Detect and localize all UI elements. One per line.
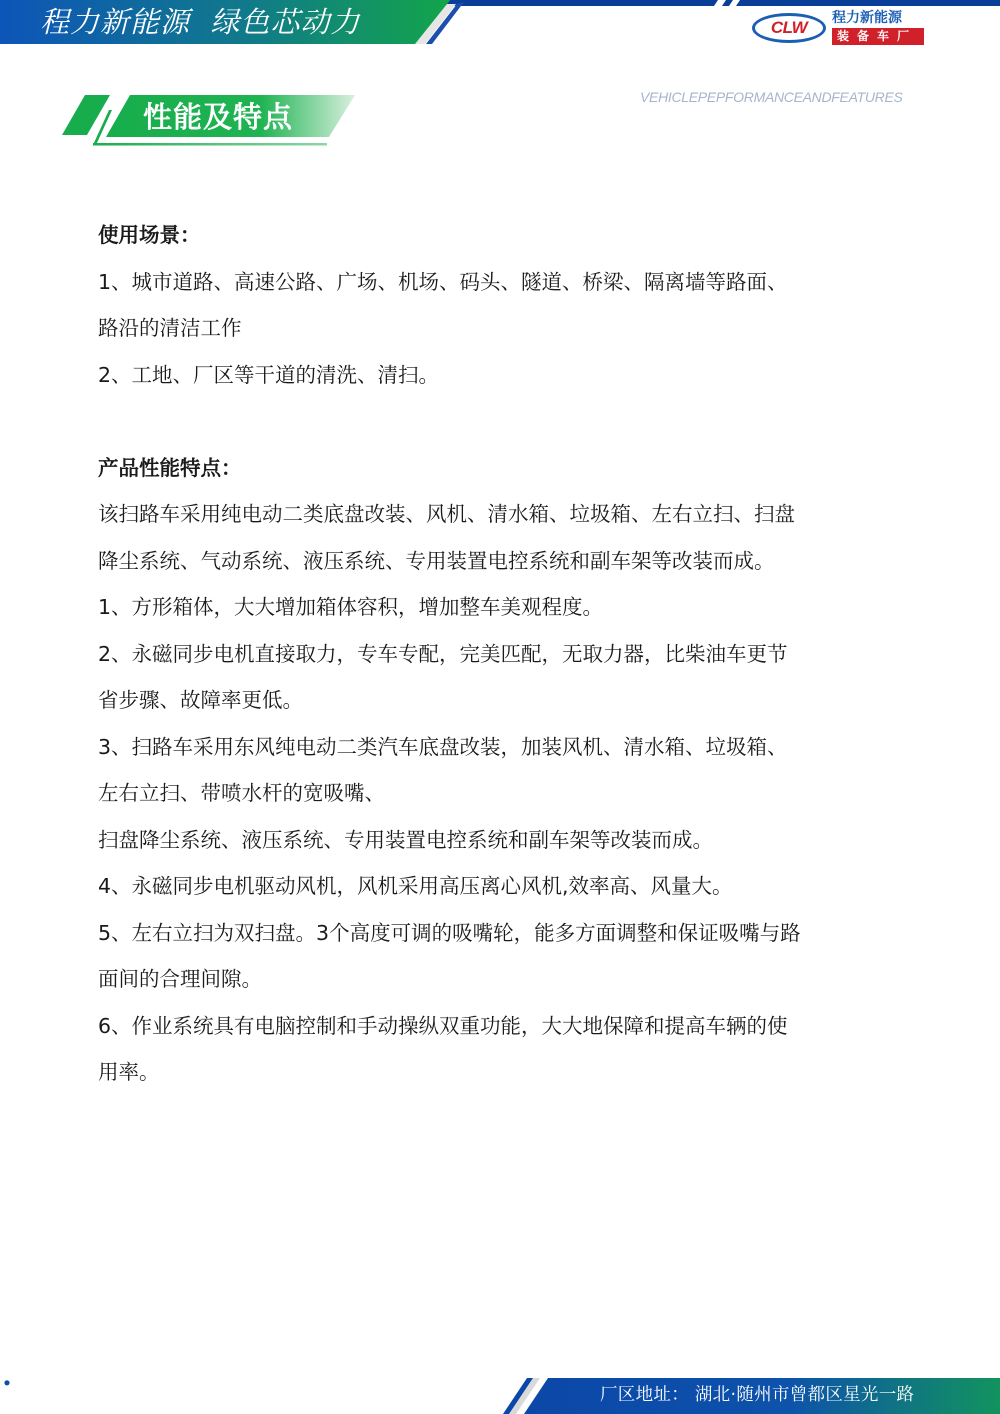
logo-sub-name: 装备车厂	[832, 28, 924, 45]
features-line: 4、永磁同步电机驱动风机，风机采用高压离心风机,效率高、风量大。	[98, 863, 918, 910]
features-line: 省步骤、故障率更低。	[98, 677, 918, 724]
section-subtitle: VEHICLEPEPFORMANCEANDFEATURES	[640, 89, 903, 105]
section-spacer	[98, 398, 918, 445]
usage-line: 路沿的清洁工作	[98, 305, 918, 352]
features-line: 用率。	[98, 1049, 918, 1096]
features-line: 1、方形箱体，大大增加箱体容积，增加整车美观程度。	[98, 584, 918, 631]
top-banner: 程力新能源 绿色芯动力 CLW 程力新能源 装备车厂	[0, 0, 1000, 46]
features-line: 面间的合理间隙。	[98, 956, 918, 1003]
document-body: 使用场景： 1、城市道路、高速公路、广场、机场、码头、隧道、桥梁、隔离墙等路面、…	[98, 212, 918, 1096]
usage-line: 2、工地、厂区等干道的清洗、清扫。	[98, 352, 918, 399]
features-heading: 产品性能特点：	[98, 445, 918, 492]
usage-heading: 使用场景：	[98, 212, 918, 259]
footer-banner: 厂区地址： 湖北·随州市曾都区星光一路	[0, 1376, 1000, 1414]
logo-emblem: CLW	[752, 13, 826, 43]
logo-brand-name: 程力新能源	[832, 10, 902, 26]
company-logo: CLW 程力新能源 装备车厂	[752, 10, 927, 46]
features-line: 扫盘降尘系统、液压系统、专用装置电控系统和副车架等改装而成。	[98, 817, 918, 864]
factory-address: 厂区地址： 湖北·随州市曾都区星光一路	[600, 1380, 914, 1410]
location-pin-icon	[0, 1376, 14, 1394]
banner-slogan: 程力新能源 绿色芯动力	[40, 2, 360, 42]
features-line: 2、永磁同步电机直接取力，专车专配，完美匹配，无取力器，比柴油车更节	[98, 631, 918, 678]
section-title: 性能及特点	[143, 96, 293, 138]
features-line: 3、扫路车采用东风纯电动二类汽车底盘改装，加装风机、清水箱、垃圾箱、	[98, 724, 918, 771]
features-line: 降尘系统、气动系统、液压系统、专用装置电控系统和副车架等改装而成。	[98, 538, 918, 585]
logo-emblem-text: CLW	[771, 18, 807, 38]
usage-line: 1、城市道路、高速公路、广场、机场、码头、隧道、桥梁、隔离墙等路面、	[98, 259, 918, 306]
features-line: 该扫路车采用纯电动二类底盘改装、风机、清水箱、垃圾箱、左右立扫、扫盘	[98, 491, 918, 538]
features-line: 左右立扫、带喷水杆的宽吸嘴、	[98, 770, 918, 817]
features-line: 5、左右立扫为双扫盘。3个高度可调的吸嘴轮，能多方面调整和保证吸嘴与路	[98, 910, 918, 957]
features-line: 6、作业系统具有电脑控制和手动操纵双重功能，大大地保障和提高车辆的使	[98, 1003, 918, 1050]
section-header: 性能及特点	[60, 88, 360, 150]
